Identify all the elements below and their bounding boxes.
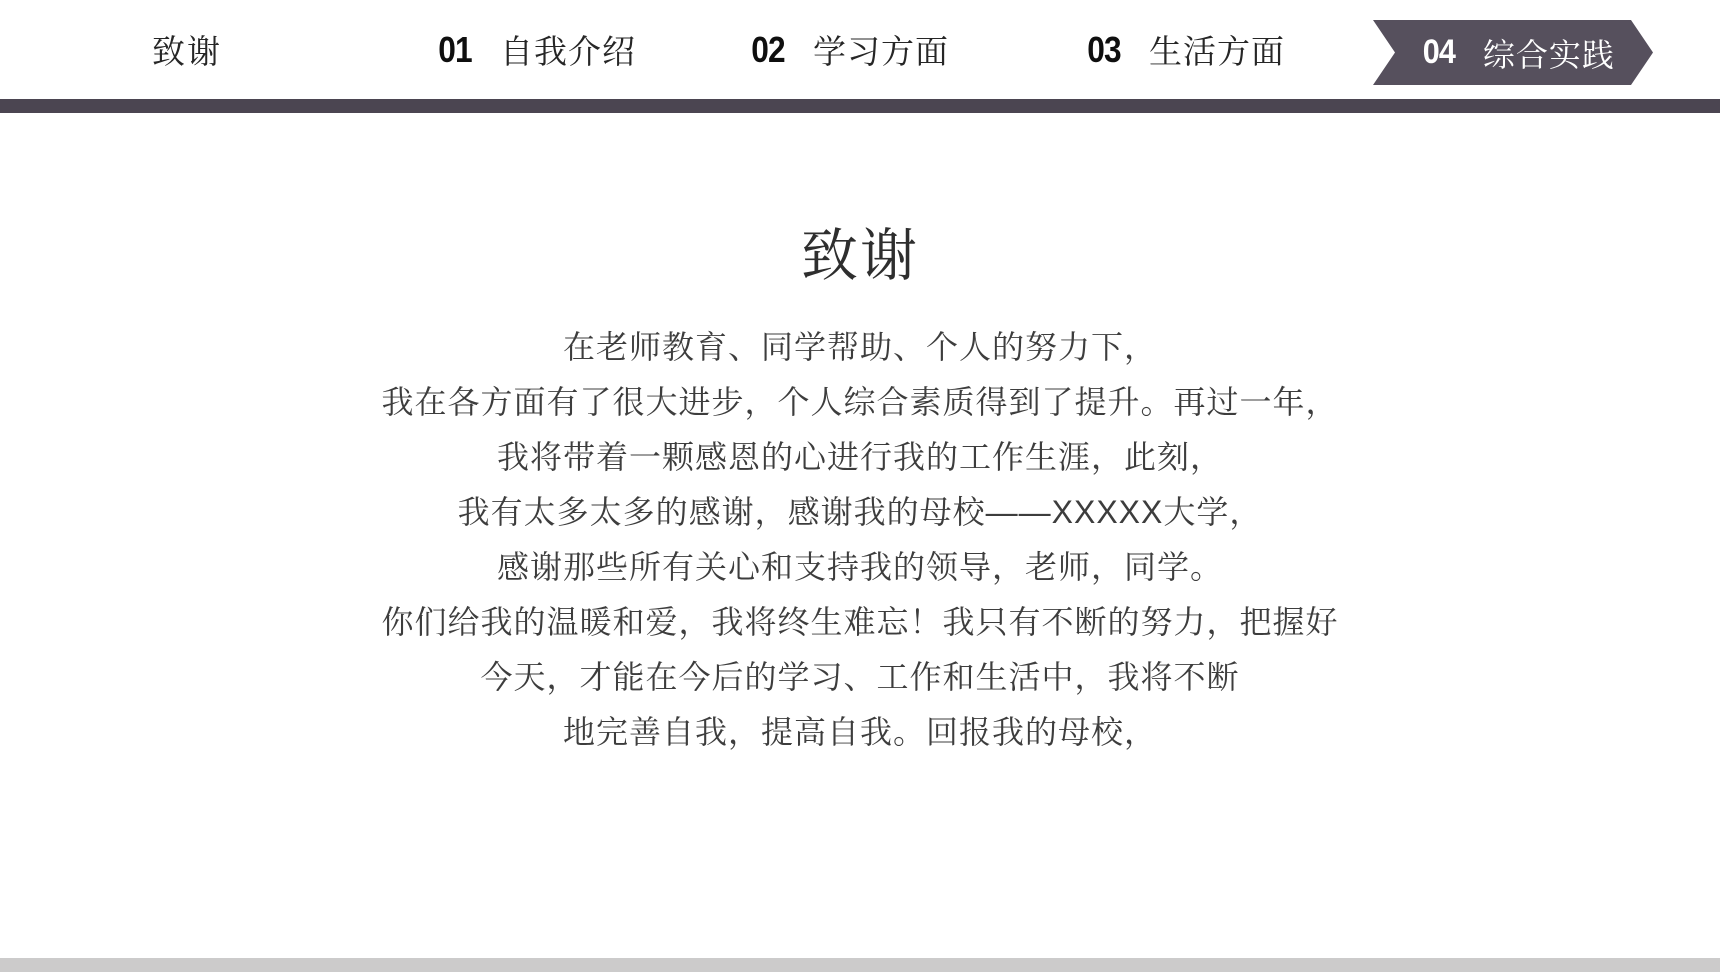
presentation-slide: 致谢 01 自我介绍 02 学习方面 03 生活方面 04 综合实践 致谢 在老… (0, 0, 1720, 972)
nav-item-life[interactable]: 03 生活方面 (1085, 0, 1285, 99)
nav-item-label: 学习方面 (813, 26, 949, 73)
paragraph-line: 在老师教育、同学帮助、个人的努力下， (0, 320, 1720, 375)
nav-item-number: 02 (751, 29, 784, 71)
top-navigation: 致谢 01 自我介绍 02 学习方面 03 生活方面 04 综合实践 (0, 0, 1720, 99)
nav-item-label: 生活方面 (1149, 26, 1285, 73)
nav-item-label: 自我介绍 (500, 26, 636, 73)
paragraph-line: 我将带着一颗感恩的心进行我的工作生涯，此刻， (0, 430, 1720, 485)
nav-item-study[interactable]: 02 学习方面 (749, 0, 949, 99)
paragraph-line: 感谢那些所有关心和支持我的领导，老师，同学。 (0, 540, 1720, 595)
paragraph-line: 地完善自我，提高自我。回报我的母校， (0, 705, 1720, 760)
nav-current-section-label: 致谢 (152, 0, 222, 99)
nav-item-number: 01 (438, 29, 471, 71)
bottom-edge-bar (0, 958, 1720, 972)
nav-item-number: 03 (1087, 29, 1120, 71)
slide-title: 致谢 (0, 210, 1720, 292)
nav-item-number: 04 (1423, 33, 1455, 72)
nav-item-label: 综合实践 (1483, 30, 1615, 76)
nav-divider-bar (0, 99, 1720, 113)
nav-item-practice-active-banner[interactable]: 04 综合实践 (1373, 20, 1653, 85)
paragraph-line: 我有太多太多的感谢，感谢我的母校——XXXXX大学， (0, 485, 1720, 540)
nav-item-self-introduction[interactable]: 01 自我介绍 (436, 0, 636, 99)
paragraph-line: 我在各方面有了很大进步，个人综合素质得到了提升。再过一年， (0, 375, 1720, 430)
acknowledgement-paragraph: 在老师教育、同学帮助、个人的努力下， 我在各方面有了很大进步，个人综合素质得到了… (0, 320, 1720, 760)
paragraph-line: 你们给我的温暖和爱，我将终生难忘！我只有不断的努力，把握好 (0, 595, 1720, 650)
paragraph-line: 今天，才能在今后的学习、工作和生活中，我将不断 (0, 650, 1720, 705)
